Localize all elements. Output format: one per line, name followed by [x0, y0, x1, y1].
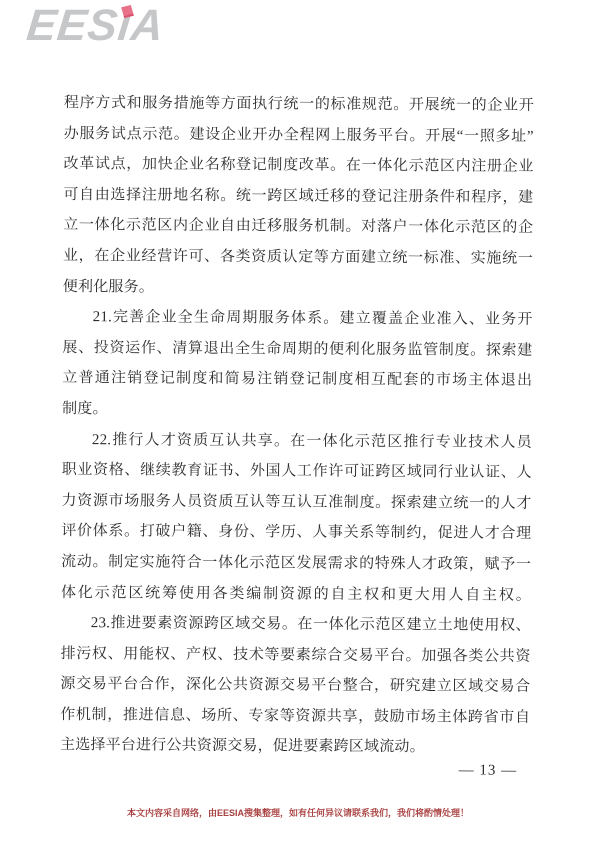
text-line: 源交易平台合作，深化公共资源交易平台整合，研究建立区域交易合	[60, 669, 530, 702]
text-line: 23.推进要素资源跨区域交易。在一体化示范区建立土地使用权、	[61, 608, 531, 641]
text-line: 22.推行人才资质互认共享。在一体化示范区推行专业技术人员	[62, 425, 532, 458]
scan-area: 程序方式和服务措施等方面执行统一的标准规范。开展统一的企业开办服务试点示范。建设…	[0, 0, 596, 842]
text-line: 办服务试点示范。建设企业开办全程网上服务平台。开展“一照多址”	[64, 119, 534, 152]
text-line: 评价体系。打破户籍、身份、学历、人事关系等制约，促进人才合理	[61, 516, 531, 549]
paragraph: 23.推进要素资源跨区域交易。在一体化示范区建立土地使用权、排污权、用能权、产权…	[60, 608, 531, 764]
document-body: 程序方式和服务措施等方面执行统一的标准规范。开展统一的企业开办服务试点示范。建设…	[60, 88, 534, 764]
paragraph: 21.完善企业全生命周期服务体系。建立覆盖企业准入、业务开展、投资运作、清算退出…	[62, 302, 533, 427]
text-line: 制度。	[62, 394, 532, 427]
text-line: 立普通注销登记制度和简易注销登记制度相互配套的市场主体退出	[62, 363, 532, 396]
text-line: 展、投资运作、清算退出全生命周期的便利化服务监管制度。探索建	[62, 333, 532, 366]
paragraph: 22.推行人才资质互认共享。在一体化示范区推行专业技术人员职业资格、继续教育证书…	[61, 425, 532, 611]
text-line: 力资源市场服务人员资质互认等互认互准制度。探索建立统一的人才	[61, 486, 531, 519]
text-line: 业，在企业经营许可、各类资质认定等方面建立统一标准、实施统一	[63, 241, 533, 274]
text-line: 排污权、用能权、产权、技术等要素综合交易平台。加强各类公共资	[60, 639, 530, 672]
text-line: 主选择平台进行公共资源交易，促进要素跨区域流动。	[60, 730, 530, 763]
text-line: 便利化服务。	[63, 272, 533, 305]
text-line: 21.完善企业全生命周期服务体系。建立覆盖企业准入、业务开	[63, 302, 533, 335]
text-line: 职业资格、继续教育证书、外国人工作许可证跨区域同行业认证、人	[62, 455, 532, 488]
text-line: 立一体化示范区内企业自由迁移服务机制。对落户一体化示范区的企	[63, 210, 533, 243]
text-line: 改革试点，加快企业名称登记制度改革。在一体化示范区内注册企业	[63, 149, 533, 182]
text-line: 体化示范区统筹使用各类编制资源的自主权和更大用人自主权。	[61, 577, 531, 610]
text-line: 作机制，推进信息、场所、专家等资源共享，鼓励市场主体跨省市自	[60, 700, 530, 733]
paragraph: 程序方式和服务措施等方面执行统一的标准规范。开展统一的企业开办服务试点示范。建设…	[63, 88, 534, 305]
text-line: 流动。制定实施符合一体化示范区发展需求的特殊人才政策，赋予一	[61, 547, 531, 580]
footer-disclaimer: 本文内容采自网络，由EESIA搜集整理，如有任何异议请联系我们，我们将酌情处理！	[0, 806, 596, 819]
text-line: 可自由选择注册地名称。统一跨区域迁移的登记注册条件和程序，建	[63, 180, 533, 213]
page-number: — 13 —	[433, 762, 543, 780]
document-page: EESıA 程序方式和服务措施等方面执行统一的标准规范。开展统一的企业开办服务试…	[0, 0, 596, 842]
text-line: 程序方式和服务措施等方面执行统一的标准规范。开展统一的企业开	[64, 88, 534, 121]
